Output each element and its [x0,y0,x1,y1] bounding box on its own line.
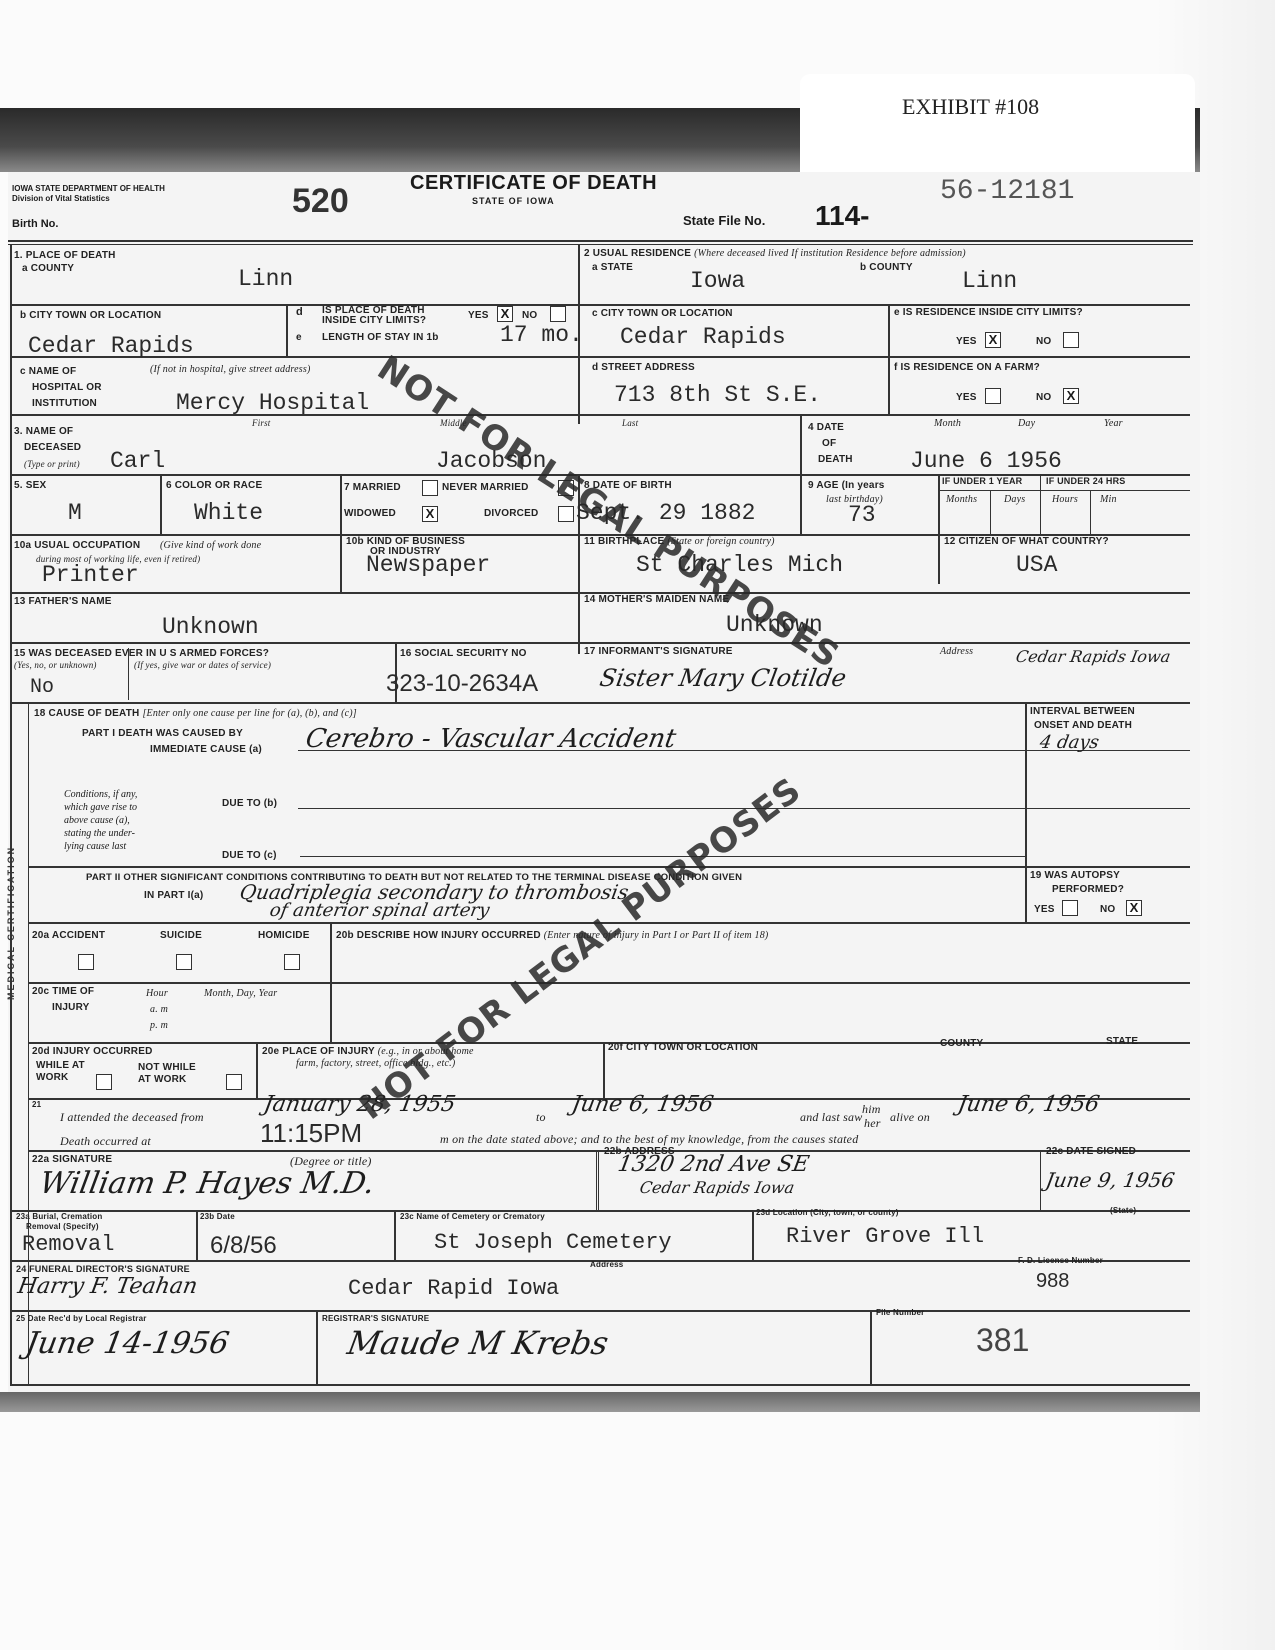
due-to-c-label: DUE TO (c) [222,850,277,861]
exhibit-label: EXHIBIT #108 [902,94,1039,120]
place-of-death-label: 1. PLACE OF DEATH [14,250,116,261]
attended-to-date: June 6, 1956 [570,1092,716,1117]
immediate-cause: Cerebro - Vascular Accident [303,724,678,754]
city-label: b CITY TOWN OR LOCATION [20,310,161,321]
date-of-death-label: 4 DATEOFDEATH [808,420,853,468]
residence-street-value: 713 8th St S.E. [614,382,821,408]
interval-onset-death: 4 days [1038,732,1101,753]
burial-location: River Grove Ill [786,1224,984,1249]
medical-certification-side-label: MEDICAL CERTIFICATION [6,846,16,1000]
residence-city-label: c CITY TOWN OR LOCATION [592,308,733,319]
conditions-hint: Conditions, if any,which gave rise toabo… [64,788,137,853]
residence-state-value: Iowa [690,268,745,294]
inside-limits-no-checkbox[interactable] [550,306,566,322]
autopsy-no-checkbox[interactable]: X [1126,900,1142,916]
married-checkbox[interactable] [422,480,438,496]
birth-no-label: Birth No. [12,218,58,230]
citizen-value: USA [1016,552,1057,578]
part2-line-2: of anterior spinal artery [268,900,491,921]
deceased-first-name: Carl [110,448,165,474]
residence-city-value: Cedar Rapids [620,324,786,350]
residence-inside-yes-checkbox[interactable]: X [985,332,1001,348]
scan-bottom-band [0,1392,1200,1412]
not-at-work-checkbox[interactable] [226,1074,242,1090]
hospital-value: Mercy Hospital [176,390,369,416]
physician-address-line-2: Cedar Rapids Iowa [638,1178,796,1197]
inside-limits-label: IS PLACE OF DEATHINSIDE CITY LIMITS? [322,306,426,326]
state-file-number: 56-12181 [940,176,1074,207]
father-label: 13 FATHER'S NAME [14,596,112,607]
agency-line-2: Division of Vital Statistics [12,194,165,204]
fd-license-number: 988 [1036,1270,1069,1293]
register-number: 520 [292,182,349,221]
armed-forces-value: No [30,676,54,699]
scanned-page: EXHIBIT #108 IOWA STATE DEPARTMENT OF HE… [0,0,1275,1650]
farm-label: f IS RESIDENCE ON A FARM? [894,362,1040,373]
last-saw-alive-date: June 6, 1956 [956,1092,1102,1117]
funeral-director-address: Cedar Rapid Iowa [348,1276,559,1301]
occupation-value: Printer [42,562,139,588]
certificate-subtitle: STATE OF IOWA [472,196,555,206]
exhibit-label-box: EXHIBIT #108 [800,74,1195,185]
residence-inside-no-checkbox[interactable] [1063,332,1079,348]
farm-yes-checkbox[interactable] [985,388,1001,404]
residence-county-value: Linn [962,268,1017,294]
occupation-label: 10a USUAL OCCUPATION [14,540,140,551]
length-of-stay-value: 17 mo. [500,322,583,348]
residence-state-label: a STATE [592,262,633,273]
usual-residence-label: 2 USUAL RESIDENCE (Where deceased lived … [584,248,966,259]
county-label: a COUNTY [22,263,74,274]
funeral-director-signature: Harry F. Teahan [16,1274,200,1299]
agency-name: IOWA STATE DEPARTMENT OF HEALTH Division… [12,184,165,204]
widowed-checkbox[interactable]: X [422,506,438,522]
death-time: 11:15PM [260,1118,362,1149]
street-address-label: d STREET ADDRESS [592,362,695,373]
disposition-type: Removal [22,1232,114,1257]
race-value: White [194,500,263,526]
informant-label: 17 INFORMANT'S SIGNATURE [584,646,733,657]
hospital-label: c NAME OFHOSPITAL ORINSTITUTION [20,364,102,412]
due-to-b-label: DUE TO (b) [222,798,277,809]
ssn-label: 16 SOCIAL SECURITY NO [400,648,527,659]
hospital-hint: (If not in hospital, give street address… [150,364,311,375]
date-signed: June 9, 1956 [1044,1168,1177,1192]
sex-label: 5. SEX [14,480,46,491]
place-city-value: Cedar Rapids [28,333,194,359]
date-of-death-value: June 6 1956 [910,448,1062,474]
agency-line-1: IOWA STATE DEPARTMENT OF HEALTH [12,184,165,194]
file-number: 381 [976,1322,1029,1359]
armed-forces-label: 15 WAS DECEASED EVER IN U S ARMED FORCES… [14,648,269,659]
farm-no-checkbox[interactable]: X [1063,388,1079,404]
certificate-title: CERTIFICATE OF DEATH [410,172,657,195]
residence-county-label: b COUNTY [860,262,913,273]
father-value: Unknown [162,614,259,640]
age-value: 73 [848,502,876,528]
business-value: Newspaper [366,552,490,578]
sex-value: M [68,500,82,526]
name-of-deceased-label: 3. NAME OFDECEASED(Type or print) [14,424,81,472]
inside-limits-yes-checkbox[interactable]: X [497,306,513,322]
physician-signature: William P. Hayes M.D. [37,1166,377,1201]
accident-checkbox[interactable] [78,954,94,970]
citizen-label: 12 CITIZEN OF WHAT COUNTRY? [944,536,1109,547]
residence-inside-limits-label: e IS RESIDENCE INSIDE CITY LIMITS? [894,307,1083,318]
suicide-checkbox[interactable] [176,954,192,970]
date-received-registrar: June 14-1956 [23,1326,232,1361]
cause-of-death-label: 18 CAUSE OF DEATH [Enter only one cause … [34,708,357,719]
state-file-label: State File No. [683,213,765,228]
while-at-work-checkbox[interactable] [96,1074,112,1090]
physician-address-line-1: 1320 2nd Ave SE [616,1152,811,1177]
homicide-checkbox[interactable] [284,954,300,970]
state-file-prefix: 114- [815,200,870,232]
informant-address: Cedar Rapids Iowa [1014,648,1177,666]
race-label: 6 COLOR OR RACE [166,480,262,491]
disposition-date: 6/8/56 [210,1232,277,1260]
place-county-value: Linn [238,266,293,292]
age-label: 9 AGE (In years [808,480,885,491]
registrar-signature: Maude M Krebs [345,1324,612,1362]
ssn-value: 323-10-2634A [386,670,538,698]
length-of-stay-label: LENGTH OF STAY IN 1b [322,332,439,343]
cemetery-name: St Joseph Cemetery [434,1230,672,1255]
describe-injury-label: 20b DESCRIBE HOW INJURY OCCURRED (Enter … [336,930,768,941]
autopsy-yes-checkbox[interactable] [1062,900,1078,916]
